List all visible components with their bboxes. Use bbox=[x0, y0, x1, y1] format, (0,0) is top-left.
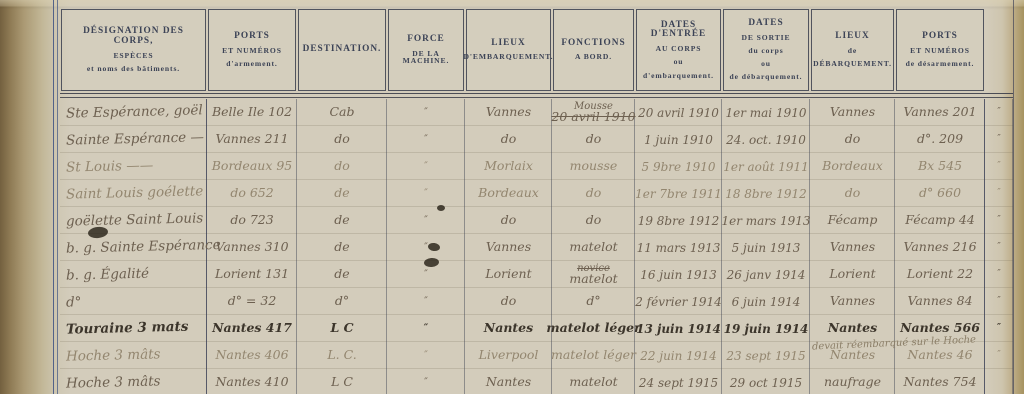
cell-debarquement: Lorient bbox=[810, 261, 895, 288]
cell-designation: Touraine 3 mats bbox=[60, 313, 208, 344]
cell-force: ″ bbox=[387, 342, 465, 369]
cell-force: ″ bbox=[387, 207, 465, 234]
table-row: b. g. ÉgalitéLorient 131de″Lorientnovice… bbox=[60, 261, 1013, 288]
cell-embarquement: Vannes bbox=[465, 99, 552, 126]
register-table: DÉSIGNATION DES CORPS,ESPÈCESet noms des… bbox=[60, 9, 1013, 394]
col-header-sortie: DATESDE SORTIEdu corpsoude débarquement. bbox=[723, 9, 809, 91]
header-line: A BORD. bbox=[575, 53, 612, 61]
cell-debarquement: Vannes bbox=[810, 234, 895, 261]
cell-sortie: 23 sept 1915 bbox=[722, 342, 810, 369]
col-header-embarquement: LIEUXD'EMBARQUEMENT. bbox=[466, 9, 551, 91]
right-edge-rule bbox=[1013, 0, 1014, 394]
header-line: du corps bbox=[748, 47, 783, 55]
cell-embarquement: do bbox=[465, 126, 552, 153]
cell-fonction: mousse bbox=[552, 153, 635, 180]
cell-sortie: 29 oct 1915 bbox=[722, 369, 810, 394]
header-line: DE SORTIE bbox=[742, 34, 791, 42]
cell-sortie: 24. oct. 1910 bbox=[722, 126, 810, 153]
cell-embarquement: Lorient bbox=[465, 261, 552, 288]
cell-designation: St Louis —— bbox=[60, 151, 208, 182]
cell-desarmement: Vannes 201 bbox=[895, 99, 985, 126]
cell-force: ″ bbox=[387, 180, 465, 207]
header-line: d'embarquement. bbox=[643, 72, 714, 80]
cell-embarquement: Nantes bbox=[465, 315, 552, 342]
cell-destination: d° bbox=[297, 288, 387, 315]
cell-force: ″ bbox=[387, 369, 465, 394]
cell-desarmement: d°. 209 bbox=[895, 126, 985, 153]
table-row: d°d° = 32d°″dod°2 février 19146 juin 191… bbox=[60, 288, 1013, 315]
header-line: ET NUMÉROS bbox=[910, 47, 970, 55]
cell-entree: 22 juin 1914 bbox=[635, 342, 722, 369]
cell-obs bbox=[985, 369, 1013, 394]
cell-fonction: novicematelot bbox=[552, 261, 635, 288]
table-row: Saint Louis goélettedo 652de″Bordeauxdo1… bbox=[60, 180, 1013, 207]
cell-designation: Hoche 3 mâts bbox=[60, 340, 208, 371]
cell-obs: ″ bbox=[985, 234, 1013, 261]
ink-blot bbox=[437, 205, 445, 211]
cell-debarquement: Vannes bbox=[810, 99, 895, 126]
cell-debarquement: Bordeaux bbox=[810, 153, 895, 180]
header-line: DÉSIGNATION DES CORPS, bbox=[64, 27, 203, 47]
cell-desarmement: Lorient 22 bbox=[895, 261, 985, 288]
cell-desarmement: Vannes 216 bbox=[895, 234, 985, 261]
cell-fonction: matelot bbox=[552, 234, 635, 261]
col-header-armement: PORTSET NUMÉROSd'armement. bbox=[208, 9, 296, 91]
cell-embarquement: Liverpool bbox=[465, 342, 552, 369]
cell-armement: Lorient 131 bbox=[207, 261, 297, 288]
cell-entree: 20 avril 1910 bbox=[635, 99, 722, 126]
cell-embarquement: Bordeaux bbox=[465, 180, 552, 207]
margin-double-rule bbox=[53, 0, 58, 394]
header-line: AU CORPS bbox=[656, 45, 702, 53]
cell-embarquement: Nantes bbox=[465, 369, 552, 394]
cell-armement: Vannes 310 bbox=[207, 234, 297, 261]
cell-armement: do 652 bbox=[207, 180, 297, 207]
cell-text: 20 avril 1910 bbox=[551, 111, 635, 124]
cell-force: ″ bbox=[387, 153, 465, 180]
header-line: d'armement. bbox=[226, 60, 277, 68]
cell-entree: 16 juin 1913 bbox=[635, 261, 722, 288]
table-row: Ste Espérance, goëlBelle Ile 102Cab″Vann… bbox=[60, 99, 1013, 126]
cell-debarquement: Fécamp bbox=[810, 207, 895, 234]
header-line: LIEUX bbox=[835, 32, 869, 42]
cell-entree: 1 juin 1910 bbox=[635, 126, 722, 153]
cell-desarmement: Nantes 754 bbox=[895, 369, 985, 394]
header-line: D'EMBARQUEMENT. bbox=[464, 53, 554, 61]
cell-desarmement: Bx 545 bbox=[895, 153, 985, 180]
table-row: St Louis ——Bordeaux 95do″Morlaixmousse5 … bbox=[60, 153, 1013, 180]
cell-armement: Belle Ile 102 bbox=[207, 99, 297, 126]
col-header-designation: DÉSIGNATION DES CORPS,ESPÈCESet noms des… bbox=[61, 9, 206, 91]
header-line: ET NUMÉROS bbox=[222, 47, 282, 55]
header-line: DATES D'ENTRÉE bbox=[639, 21, 718, 41]
cell-sortie: 5 juin 1913 bbox=[722, 234, 810, 261]
cell-obs: ″ bbox=[985, 180, 1013, 207]
cell-obs: ″ bbox=[985, 207, 1013, 234]
cell-sortie: 18 8bre 1912 bbox=[722, 180, 810, 207]
cell-designation: d° bbox=[60, 286, 208, 317]
cell-destination: Cab bbox=[297, 99, 387, 126]
header-line: ou bbox=[761, 60, 771, 68]
header-row: DÉSIGNATION DES CORPS,ESPÈCESet noms des… bbox=[60, 9, 1013, 91]
table-row: Hoche 3 mâtsNantes 410L C″Nantesmatelot2… bbox=[60, 369, 1013, 394]
cell-armement: Bordeaux 95 bbox=[207, 153, 297, 180]
header-line: DÉBARQUEMENT. bbox=[813, 60, 892, 68]
header-line: PORTS bbox=[234, 32, 270, 42]
cell-destination: L. C. bbox=[297, 342, 387, 369]
cell-obs: ″ bbox=[985, 153, 1013, 180]
cell-designation: Saint Louis goélette bbox=[60, 178, 208, 209]
cell-obs: ″ bbox=[985, 288, 1013, 315]
cell-sortie: 1er août 1911 bbox=[722, 153, 810, 180]
col-header-desarmement: PORTSET NUMÉROSde désarmement. bbox=[896, 9, 984, 91]
cell-force: ″ bbox=[387, 315, 465, 342]
cell-desarmement: d° 660 bbox=[895, 180, 985, 207]
table-row: Touraine 3 matsNantes 417L C″Nantesmatel… bbox=[60, 315, 1013, 342]
cell-desarmement: Vannes 84 bbox=[895, 288, 985, 315]
cell-force: ″ bbox=[387, 288, 465, 315]
cell-sortie: 19 juin 1914 bbox=[722, 315, 810, 342]
header-line: de désarmement. bbox=[906, 60, 975, 68]
cell-designation: b. g. Sainte Espérance bbox=[60, 232, 208, 263]
cell-fonction: matelot léger bbox=[552, 342, 635, 369]
cell-designation: Ste Espérance, goël bbox=[60, 97, 208, 128]
cell-obs: ″ bbox=[985, 126, 1013, 153]
cell-force: ″ bbox=[387, 126, 465, 153]
cell-debarquement: Vannes bbox=[810, 288, 895, 315]
cell-sortie: 26 janv 1914 bbox=[722, 261, 810, 288]
cell-obs: ″ bbox=[985, 261, 1013, 288]
cell-entree: 13 juin 1914 bbox=[635, 315, 722, 342]
cell-embarquement: do bbox=[465, 288, 552, 315]
col-header-entree: DATES D'ENTRÉEAU CORPSoud'embarquement. bbox=[636, 9, 721, 91]
cell-sortie: 6 juin 1914 bbox=[722, 288, 810, 315]
cell-designation: b. g. Égalité bbox=[60, 259, 208, 290]
col-header-force: FORCEDE LA MACHINE. bbox=[388, 9, 464, 91]
cell-force: ″ bbox=[387, 99, 465, 126]
cell-debarquement: naufrage bbox=[810, 369, 895, 394]
cell-armement: do 723 bbox=[207, 207, 297, 234]
cell-sortie: 1er mars 1913 bbox=[722, 207, 810, 234]
header-line: ou bbox=[674, 58, 684, 66]
cell-fonction: matelot bbox=[552, 369, 635, 394]
cell-entree: 2 février 1914 bbox=[635, 288, 722, 315]
cell-destination: do bbox=[297, 126, 387, 153]
cell-armement: Vannes 211 bbox=[207, 126, 297, 153]
cell-destination: de bbox=[297, 207, 387, 234]
header-line: FORCE bbox=[407, 35, 445, 45]
header-line: et noms des bâtiments. bbox=[87, 65, 180, 73]
header-line: DESTINATION. bbox=[303, 45, 382, 55]
header-line: DATES bbox=[748, 19, 783, 29]
cell-obs: ″ bbox=[985, 342, 1013, 369]
cell-embarquement: Vannes bbox=[465, 234, 552, 261]
cell-entree: 5 9bre 1910 bbox=[635, 153, 722, 180]
cell-armement: Nantes 406 bbox=[207, 342, 297, 369]
cell-destination: de bbox=[297, 261, 387, 288]
cell-entree: 24 sept 1915 bbox=[635, 369, 722, 394]
table-body: Ste Espérance, goëlBelle Ile 102Cab″Vann… bbox=[60, 99, 1013, 394]
cell-debarquement: Nantesdevait réembarqué sur le Hoche bbox=[810, 342, 895, 369]
cell-designation: Hoche 3 mâts bbox=[60, 367, 208, 394]
header-line: FONCTIONS bbox=[561, 39, 625, 49]
cell-fonction: do bbox=[552, 180, 635, 207]
cell-entree: 1er 7bre 1911 bbox=[635, 180, 722, 207]
table-row: Hoche 3 mâtsNantes 406L. C.″Liverpoolmat… bbox=[60, 342, 1013, 369]
cell-fonction: d° bbox=[552, 288, 635, 315]
cell-fonction: do bbox=[552, 207, 635, 234]
header-line: ESPÈCES bbox=[113, 52, 153, 60]
col-header-destination: DESTINATION. bbox=[298, 9, 386, 91]
cell-fonction: Mousse20 avril 1910 bbox=[552, 99, 635, 126]
table-row: b. g. Sainte EspéranceVannes 310de″Vanne… bbox=[60, 234, 1013, 261]
header-line: DE LA MACHINE. bbox=[391, 50, 461, 66]
cell-armement: Nantes 417 bbox=[207, 315, 297, 342]
header-line: de bbox=[848, 47, 857, 55]
cell-destination: L C bbox=[297, 315, 387, 342]
col-header-fonction: FONCTIONSA BORD. bbox=[553, 9, 634, 91]
cell-obs: ″ bbox=[985, 315, 1013, 342]
header-line: de débarquement. bbox=[730, 73, 803, 81]
cell-debarquement: do bbox=[810, 126, 895, 153]
header-line: LIEUX bbox=[491, 39, 525, 49]
cell-destination: do bbox=[297, 153, 387, 180]
cell-armement: Nantes 410 bbox=[207, 369, 297, 394]
cell-armement: d° = 32 bbox=[207, 288, 297, 315]
cell-fonction: do bbox=[552, 126, 635, 153]
cell-designation: goëlette Saint Louis bbox=[60, 205, 208, 236]
cell-obs: ″ bbox=[985, 99, 1013, 126]
table-row: goëlette Saint Louisdo 723de″dodo19 8bre… bbox=[60, 207, 1013, 234]
header-line: PORTS bbox=[922, 32, 958, 42]
table-row: Sainte Espérance —Vannes 211do″dodo1 jui… bbox=[60, 126, 1013, 153]
cell-desarmement: Fécamp 44 bbox=[895, 207, 985, 234]
cell-entree: 11 mars 1913 bbox=[635, 234, 722, 261]
cell-fonction: matelot léger bbox=[552, 315, 635, 342]
scanned-register-page: DÉSIGNATION DES CORPS,ESPÈCESet noms des… bbox=[0, 0, 1024, 394]
cell-destination: de bbox=[297, 234, 387, 261]
cell-embarquement: Morlaix bbox=[465, 153, 552, 180]
cell-force: ″ bbox=[387, 234, 465, 261]
cell-destination: L C bbox=[297, 369, 387, 394]
cell-debarquement: do bbox=[810, 180, 895, 207]
cell-text: matelot bbox=[569, 273, 617, 286]
cell-destination: de bbox=[297, 180, 387, 207]
cell-sortie: 1er mai 1910 bbox=[722, 99, 810, 126]
col-header-debarquement: LIEUXdeDÉBARQUEMENT. bbox=[811, 9, 894, 91]
cell-designation: Sainte Espérance — bbox=[60, 124, 208, 155]
cell-embarquement: do bbox=[465, 207, 552, 234]
cell-entree: 19 8bre 1912 bbox=[635, 207, 722, 234]
